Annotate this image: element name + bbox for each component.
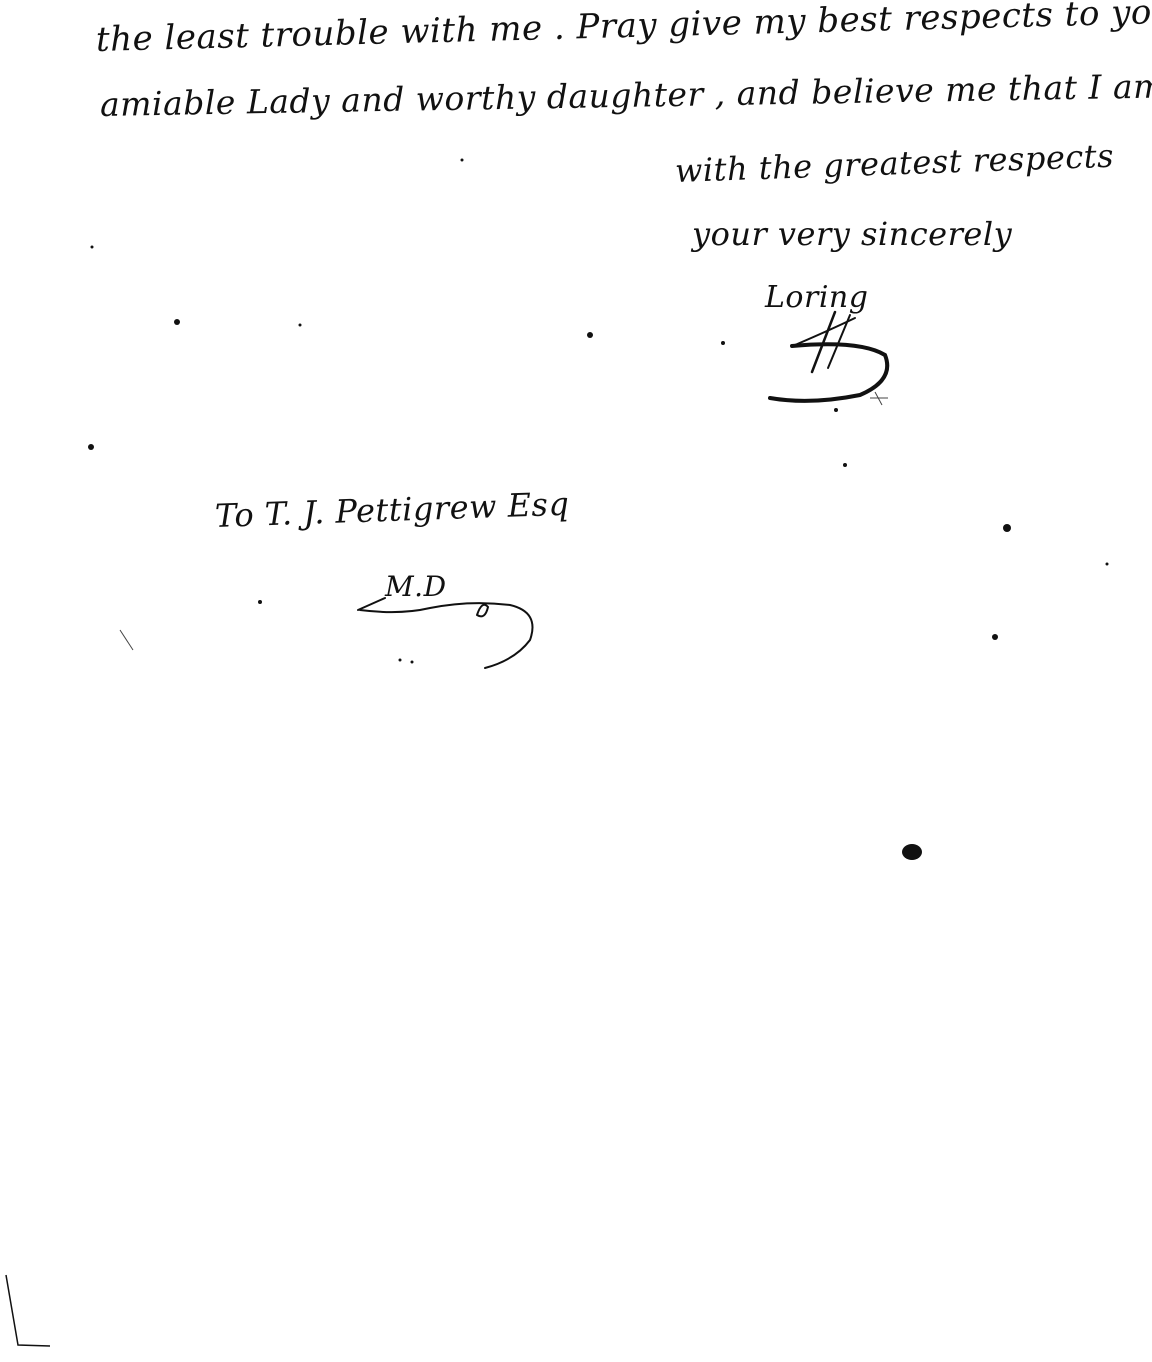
letter-body-line-2: amiable Lady and worthy daughter , and b…	[100, 66, 1152, 124]
closing-line-1: with the greatest respects	[674, 137, 1114, 190]
address-line-1: To T. J. Pettigrew Esq	[214, 485, 570, 535]
letter-body-line-1: the least trouble with me . Pray give my…	[95, 0, 1152, 60]
signature-name: Loring	[765, 280, 868, 315]
address-line-2: M.D	[385, 570, 447, 603]
signature-flourish	[770, 312, 887, 401]
closing-line-2: your very sincerely	[692, 215, 1012, 253]
page-edge-mark	[6, 1275, 50, 1346]
ink-marks	[0, 0, 1152, 1362]
letter-page: the least trouble with me . Pray give my…	[0, 0, 1152, 1362]
address-flourish	[358, 598, 533, 668]
